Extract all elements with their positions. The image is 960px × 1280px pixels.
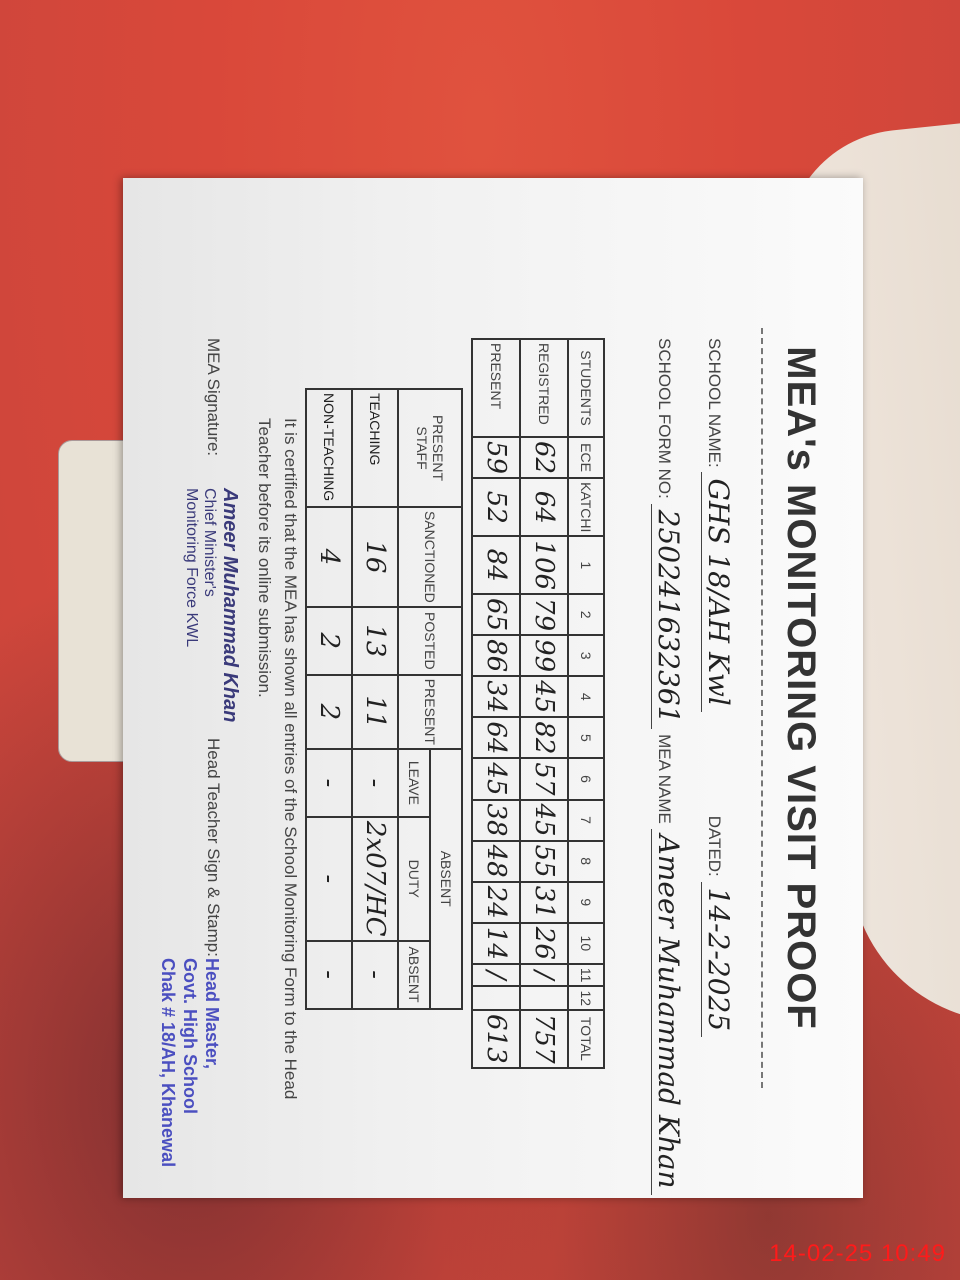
col-absent-group: ABSENT [430,749,462,1009]
table-cell: 82 [520,717,568,758]
row-label: REGISTRED [520,339,568,437]
table-cell: / [472,964,520,987]
school-name-label: SCHOOL NAME: [705,338,724,468]
table-cell: 62 [520,437,568,478]
row-label: PRESENT [472,339,520,437]
table-cell: 59 [472,437,520,478]
table-cell: 613 [472,1010,520,1068]
students-col-header: 2 [568,594,604,635]
students-col-header: 7 [568,800,604,841]
table-cell: 38 [472,800,520,841]
dated-value: 14-2-2025 [701,882,735,1038]
table-cell [472,986,520,1010]
mea-stamp: Ameer Muhammad Khan Chief Minister's Mon… [182,488,241,723]
col-posted: POSTED [398,607,462,675]
students-col-header: TOTAL [568,1010,604,1068]
table-row: PRESENT595284658634644538482414/613 [472,339,520,1068]
camera-timestamp: 14-02-25 10:49 [769,1240,946,1268]
mea-stamp-line3: Monitoring Force KWL [182,488,200,723]
table-cell: 52 [472,478,520,536]
table-row: NON-TEACHING422--- [306,389,352,1009]
table-cell: 24 [472,882,520,923]
table-cell: 86 [472,635,520,676]
students-col-header: 4 [568,676,604,717]
table-cell: 45 [472,758,520,799]
mea-stamp-line2: Chief Minister's [200,488,218,723]
table-cell: 84 [472,536,520,594]
table-cell: 65 [472,594,520,635]
head-stamp-line1: Head Master, [201,958,223,1167]
table-cell: 757 [520,1010,568,1068]
form-title: MEA's MONITORING VISIT PROOF [778,178,823,1198]
table-cell: 14 [472,923,520,964]
students-col-header: 8 [568,841,604,882]
table-cell: 79 [520,594,568,635]
mea-signature-label: MEA Signature: [203,338,223,456]
col-sanctioned: SANCTIONED [398,507,462,607]
students-col-header: 11 [568,964,604,987]
table-cell: 48 [472,841,520,882]
table-cell: 57 [520,758,568,799]
students-col-header: 12 [568,986,604,1010]
table-cell: 64 [520,478,568,536]
mea-name-value: Ameer Muhammad Khan [651,829,685,1195]
table-cell: 2 [306,607,352,675]
head-master-stamp: Head Master, Govt. High School Chak # 18… [157,958,223,1167]
table-cell: 64 [472,717,520,758]
table-cell: 16 [352,507,398,607]
row-label: NON-TEACHING [306,389,352,507]
table-cell: - [306,749,352,817]
table-cell: 4 [306,507,352,607]
table-cell: 26 [520,923,568,964]
table-cell: 99 [520,635,568,676]
col-present: PRESENT [398,675,462,749]
students-col-header: 5 [568,717,604,758]
students-col-header: STUDENTS [568,339,604,437]
students-col-header: KATCHI [568,478,604,536]
table-cell: 13 [352,607,398,675]
dated-label: DATED: [705,816,724,877]
students-col-header: ECE [568,437,604,478]
students-col-header: 3 [568,635,604,676]
table-row: TEACHING161311-2x07/HC- [352,389,398,1009]
head-stamp-line3: Chak # 18/AH, Khanewal [157,958,179,1167]
certification-text: It is certified that the MEA has shown a… [251,418,303,1118]
students-col-header: 6 [568,758,604,799]
table-cell: 55 [520,841,568,882]
title-divider [761,328,763,1088]
table-cell: - [352,941,398,1009]
table-cell: 2 [306,675,352,749]
students-table: STUDENTSECEKATCHI123456789101112TOTAL RE… [471,338,605,1069]
staff-table: PRESENT STAFF SANCTIONED POSTED PRESENT … [305,388,463,1010]
table-cell: - [306,941,352,1009]
school-name-row: SCHOOL NAME: GHS 18/AH Kwl DATED: 14-2-2… [702,338,735,1037]
mea-name-label: MEA NAME [655,734,674,824]
col-duty: DUTY [398,817,430,941]
head-teacher-sign-label: Head Teacher Sign & Stamp: [203,738,223,957]
table-cell: 45 [520,800,568,841]
school-form-no-value: 250241632361 [651,504,685,730]
col-leave: LEAVE [398,749,430,817]
table-cell: 2x07/HC [352,817,398,941]
table-cell: - [352,749,398,817]
students-col-header: 10 [568,923,604,964]
students-col-header: 1 [568,536,604,594]
table-cell: 45 [520,676,568,717]
table-cell: 106 [520,536,568,594]
staff-header-label: PRESENT STAFF [398,389,462,507]
students-col-header: 9 [568,882,604,923]
monitoring-form-paper: MEA's MONITORING VISIT PROOF SCHOOL NAME… [123,178,863,1198]
table-cell: 34 [472,676,520,717]
table-row: REGISTRED6264106799945825745553126/757 [520,339,568,1068]
table-cell: - [306,817,352,941]
col-absent: ABSENT [398,941,430,1009]
table-cell [520,986,568,1010]
mea-stamp-name: Ameer Muhammad Khan [218,488,241,723]
table-cell: 11 [352,675,398,749]
row-label: TEACHING [352,389,398,507]
table-cell: / [520,964,568,987]
school-name-value: GHS 18/AH Kwl [701,472,735,711]
table-cell: 31 [520,882,568,923]
school-form-no-label: SCHOOL FORM NO: [655,338,674,499]
form-no-row: SCHOOL FORM NO: 250241632361 MEA NAME Am… [652,338,685,1195]
head-stamp-line2: Govt. High School [179,958,201,1167]
